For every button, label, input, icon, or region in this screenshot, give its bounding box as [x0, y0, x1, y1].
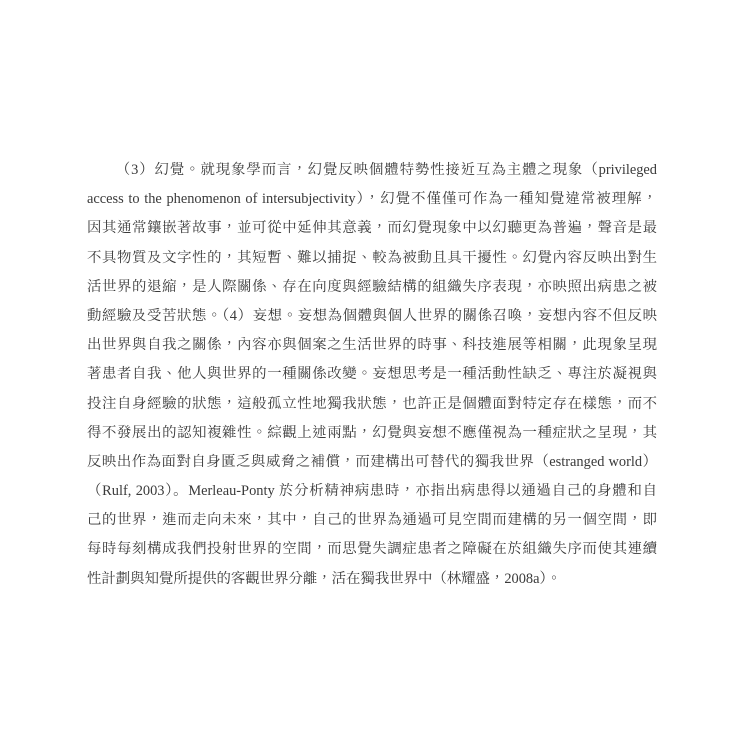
- paragraph-line: 得不發展出的認知複雜性。綜觀上述兩點，幻覺與妄想不應僅視為一種症狀之呈現，其: [87, 419, 657, 448]
- paragraph-line: 活世界的退縮，是人際關係、存在向度與經驗結構的組織失序表現，亦映照出病患之被: [87, 273, 657, 302]
- document-page: （3）幻覺。就現象學而言，幻覺反映個體特勢性接近互為主體之現象（privileg…: [0, 0, 740, 740]
- paragraph-line: 己的世界，進而走向未來，其中，自己的世界為通過可見空間而建構的另一個空間，即: [87, 506, 657, 535]
- paragraph-line: 每時每刻構成我們投射世界的空間，而思覺失調症患者之障礙在於組織失序而使其連續: [87, 535, 657, 564]
- paragraph-line: 出世界與自我之關係，內容亦與個案之生活世界的時事、科技進展等相關，此現象呈現: [87, 331, 657, 360]
- paragraph-line: 因其通常鑲嵌著故事，並可從中延伸其意義，而幻覺現象中以幻聽更為普遍，聲音是最: [87, 214, 657, 243]
- paragraph-line: （3）幻覺。就現象學而言，幻覺反映個體特勢性接近互為主體之現象（privileg…: [87, 156, 657, 185]
- body-paragraph: （3）幻覺。就現象學而言，幻覺反映個體特勢性接近互為主體之現象（privileg…: [87, 156, 657, 594]
- paragraph-line: 投注自身經驗的狀態，這般孤立性地獨我狀態，也許正是個體面對特定存在樣態，而不: [87, 390, 657, 419]
- paragraph-line: 著患者自我、他人與世界的一種關係改變。妄想思考是一種活動性缺乏、專注於凝視與: [87, 360, 657, 389]
- paragraph-line: 不具物質及文字性的，其短暫、難以捕捉、較為被動且具干擾性。幻覺內容反映出對生: [87, 244, 657, 273]
- paragraph-line: （Rulf, 2003）。Merleau-Ponty 於分析精神病患時，亦指出病…: [87, 477, 657, 506]
- paragraph-line: 性計劃與知覺所提供的客觀世界分離，活在獨我世界中（林耀盛，2008a）。: [87, 565, 657, 594]
- paragraph-line: 反映出作為面對自身匱乏與威脅之補償，而建構出可替代的獨我世界（estranged…: [87, 448, 657, 477]
- paragraph-line: access to the phenomenon of intersubject…: [87, 185, 657, 214]
- paragraph-line: 動經驗及受苦狀態。（4）妄想。妄想為個體與個人世界的關係召喚，妄想內容不但反映: [87, 302, 657, 331]
